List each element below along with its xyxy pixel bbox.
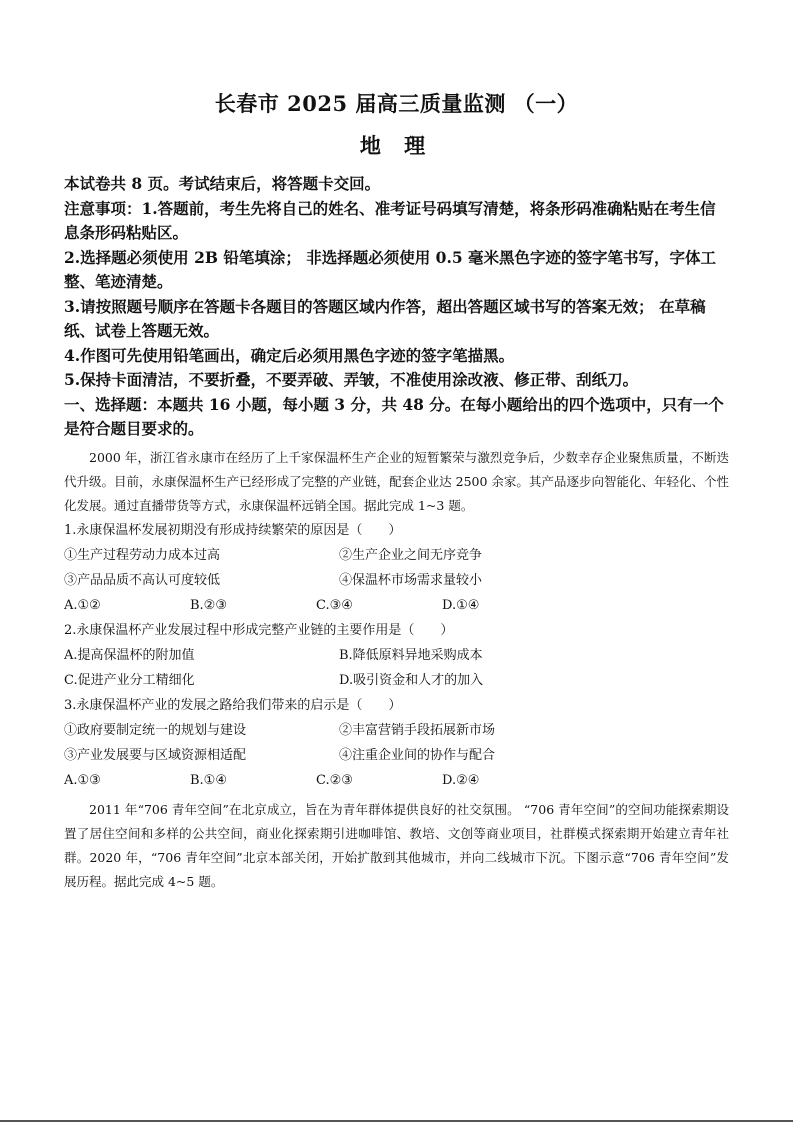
statement-item: ④保温杯市场需求量较小	[339, 568, 614, 593]
statement-item: ③产品品质不高认可度较低	[64, 568, 339, 593]
exam-title: 长春市 2025 届高三质量监测 （一）	[0, 88, 793, 118]
question-2: 2.永康保温杯产业发展过程中形成完整产业链的主要作用是（ ） A.提高保温杯的附…	[64, 618, 729, 693]
instruction-line: 2.选择题必须使用 2B 铅笔填涂； 非选择题必须使用 0.5 毫米黑色字迹的签…	[64, 246, 729, 295]
statement-item: ②丰富营销手段拓展新市场	[339, 718, 614, 743]
question-3: 3.永康保温杯产业的发展之路给我们带来的启示是（ ） ①政府要制定统一的规划与建…	[64, 693, 729, 793]
statement-item: ④注重企业间的协作与配合	[339, 743, 614, 768]
reading-passage-1: 2000 年，浙江省永康市在经历了上千家保温杯生产企业的短暂繁荣与激烈竞争后，少…	[64, 446, 729, 518]
answer-choice-d: D.吸引资金和人才的加入	[339, 668, 614, 693]
instruction-line: 3.请按照题号顺序在答题卡各题目的答题区域内作答，超出答题区域书写的答案无效； …	[64, 295, 729, 344]
answer-choice-a: A.提高保温杯的附加值	[64, 643, 339, 668]
section-heading: 一、选择题：本题共 16 小题，每小题 3 分，共 48 分。在每小题给出的四个…	[64, 393, 729, 442]
question-1: 1.永康保温杯发展初期没有形成持续繁荣的原因是（ ） ①生产过程劳动力成本过高 …	[64, 518, 729, 618]
statement-item: ①政府要制定统一的规划与建设	[64, 718, 339, 743]
answer-choice-b: B.①④	[190, 768, 316, 793]
answer-choice-b: B.②③	[190, 593, 316, 618]
question-stem: 3.永康保温杯产业的发展之路给我们带来的启示是（ ）	[64, 693, 729, 718]
exam-subject: 地 理	[0, 130, 793, 160]
answer-choice-d: D.①④	[442, 593, 568, 618]
exam-instructions: 本试卷共 8 页。考试结束后，将答题卡交回。 注意事项：1.答题前，考生先将自己…	[64, 172, 729, 442]
instruction-line: 注意事项：1.答题前，考生先将自己的姓名、准考证号码填写清楚，将条形码准确粘贴在…	[64, 197, 729, 246]
reading-passage-2: 2011 年“706 青年空间”在北京成立，旨在为青年群体提供良好的社交氛围。 …	[64, 798, 729, 894]
answer-choice-a: A.①②	[64, 593, 190, 618]
answer-choice-a: A.①③	[64, 768, 190, 793]
instruction-line: 4.作图可先使用铅笔画出，确定后必须用黑色字迹的签字笔描黑。	[64, 344, 729, 369]
statement-item: ③产业发展要与区域资源相适配	[64, 743, 339, 768]
passage-text: 2000 年，浙江省永康市在经历了上千家保温杯生产企业的短暂繁荣与激烈竞争后，少…	[64, 446, 729, 518]
answer-choice-c: C.②③	[316, 768, 442, 793]
answer-choice-b: B.降低原料异地采购成本	[339, 643, 614, 668]
answer-choice-c: C.③④	[316, 593, 442, 618]
instruction-line: 本试卷共 8 页。考试结束后，将答题卡交回。	[64, 172, 729, 197]
instruction-line: 5.保持卡面清洁，不要折叠，不要弄破、弄皱，不准使用涂改液、修正带、刮纸刀。	[64, 368, 729, 393]
answer-choice-d: D.②④	[442, 768, 568, 793]
passage-text: 2011 年“706 青年空间”在北京成立，旨在为青年群体提供良好的社交氛围。 …	[64, 798, 729, 894]
statement-item: ①生产过程劳动力成本过高	[64, 543, 339, 568]
statement-item: ②生产企业之间无序竞争	[339, 543, 614, 568]
answer-choice-c: C.促进产业分工精细化	[64, 668, 339, 693]
question-stem: 2.永康保温杯产业发展过程中形成完整产业链的主要作用是（ ）	[64, 618, 729, 643]
question-stem: 1.永康保温杯发展初期没有形成持续繁荣的原因是（ ）	[64, 518, 729, 543]
